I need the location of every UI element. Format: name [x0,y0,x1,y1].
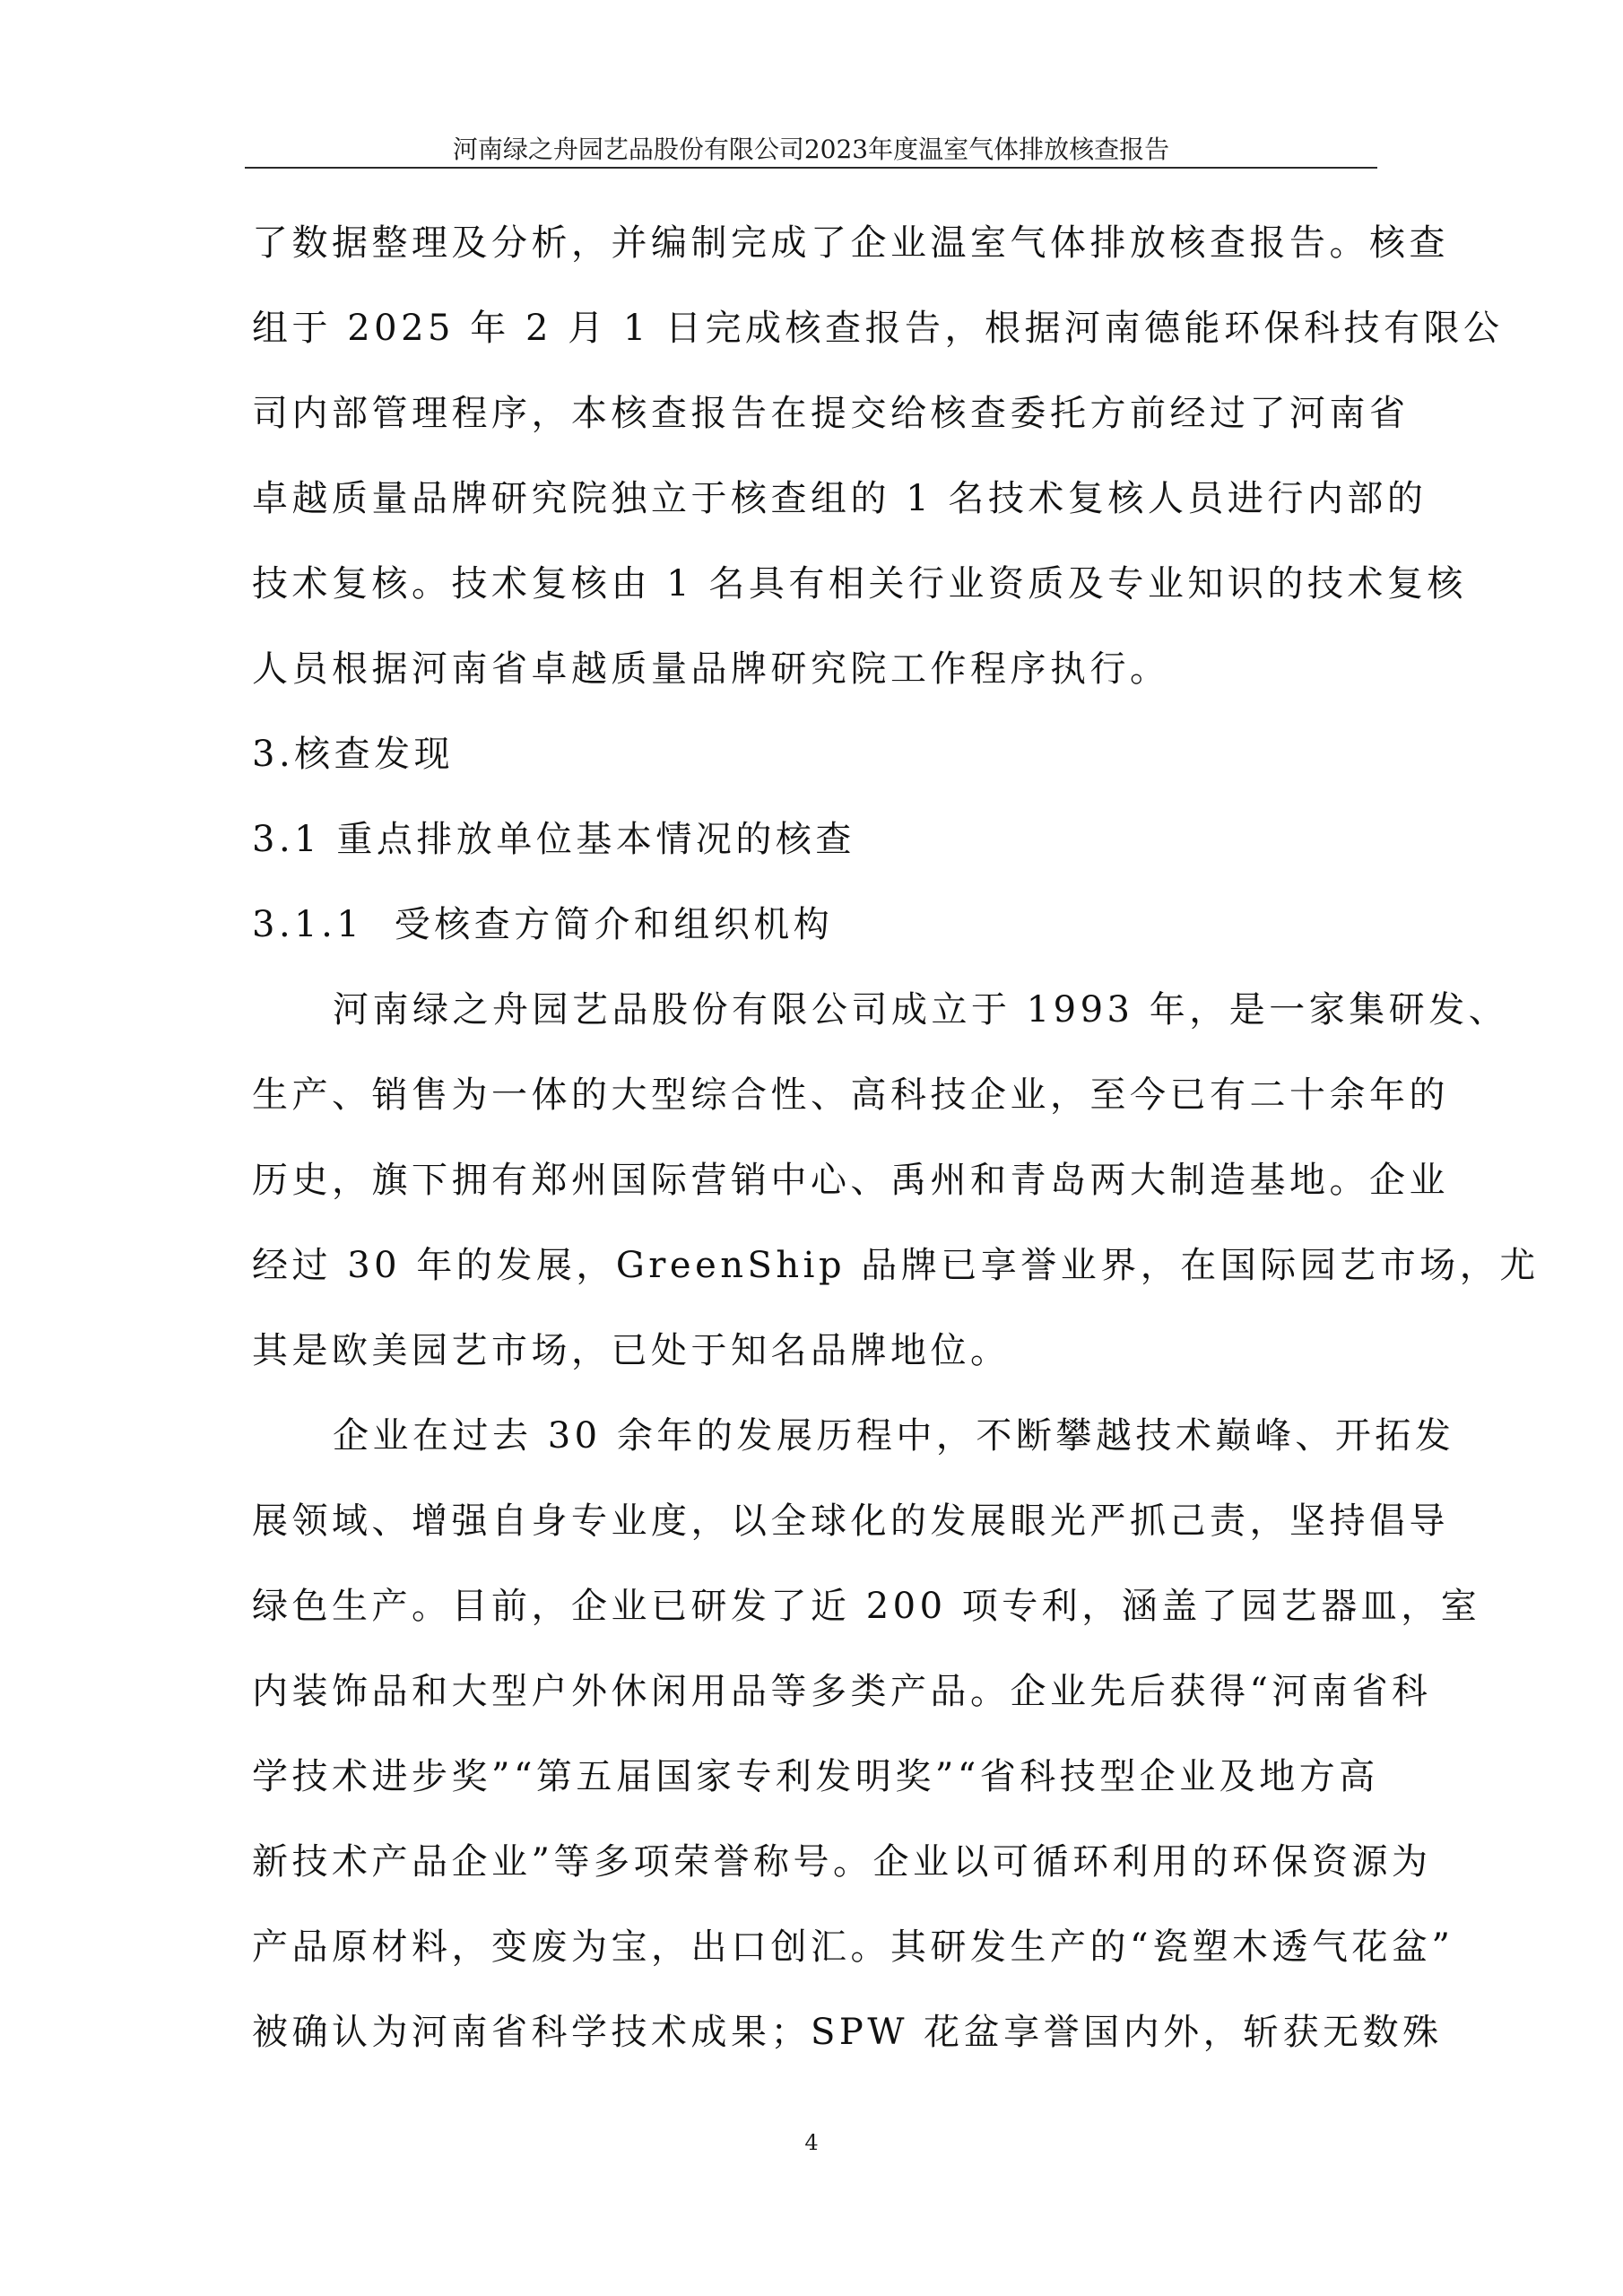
body-line: 了数据整理及分析，并编制完成了企业温室气体排放核查报告。核查 [252,201,1378,286]
body-line: 学技术进步奖”“第五届国家专利发明奖”“省科技型企业及地方高 [252,1735,1378,1820]
running-header-title: 河南绿之舟园艺品股份有限公司2023年度温室气体排放核查报告 [245,135,1377,165]
body-line: 内装饰品和大型户外休闲用品等多类产品。企业先后获得“河南省科 [252,1649,1378,1735]
body-line: 河南绿之舟园艺品股份有限公司成立于 1993 年，是一家集研发、 [252,968,1378,1053]
body-line: 企业在过去 30 余年的发展历程中，不断攀越技术巅峰、开拓发 [252,1394,1378,1479]
body-line: 新技术产品企业”等多项荣誉称号。企业以可循环利用的环保资源为 [252,1820,1378,1905]
header-divider [245,167,1377,169]
body-line: 产品原材料，变废为宝，出口创汇。其研发生产的“瓷塑木透气花盆” [252,1905,1378,1990]
body-line: 生产、销售为一体的大型综合性、高科技企业，至今已有二十余年的 [252,1053,1378,1138]
body-line: 历史，旗下拥有郑州国际营销中心、禹州和青岛两大制造基地。企业 [252,1138,1378,1223]
body-line: 组于 2025 年 2 月 1 日完成核查报告，根据河南德能环保科技有限公 [252,286,1378,371]
body-line: 人员根据河南省卓越质量品牌研究院工作程序执行。 [252,627,1378,712]
body-line: 其是欧美园艺市场，已处于知名品牌地位。 [252,1309,1378,1394]
document-body: 了数据整理及分析，并编制完成了企业温室气体排放核查报告。核查 组于 2025 年… [252,201,1378,2075]
body-line: 司内部管理程序，本核查报告在提交给核查委托方前经过了河南省 [252,371,1378,457]
section-heading-3-1: 3.1 重点排放单位基本情况的核查 [252,797,1378,883]
section-heading-3: 3.核查发现 [252,712,1378,797]
page-number: 4 [0,2129,1623,2156]
body-line: 展领域、增强自身专业度，以全球化的发展眼光严抓己责，坚持倡导 [252,1479,1378,1564]
section-heading-3-1-1: 3.1.1 受核查方简介和组织机构 [252,883,1378,968]
body-line: 被确认为河南省科学技术成果；SPW 花盆享誉国内外，斩获无数殊 [252,1990,1378,2075]
body-line: 绿色生产。目前，企业已研发了近 200 项专利，涵盖了园艺器皿，室 [252,1564,1378,1649]
body-line: 经过 30 年的发展，GreenShip 品牌已享誉业界，在国际园艺市场，尤 [252,1223,1378,1309]
body-line: 技术复核。技术复核由 1 名具有相关行业资质及专业知识的技术复核 [252,542,1378,627]
body-line: 卓越质量品牌研究院独立于核查组的 1 名技术复核人员进行内部的 [252,457,1378,542]
